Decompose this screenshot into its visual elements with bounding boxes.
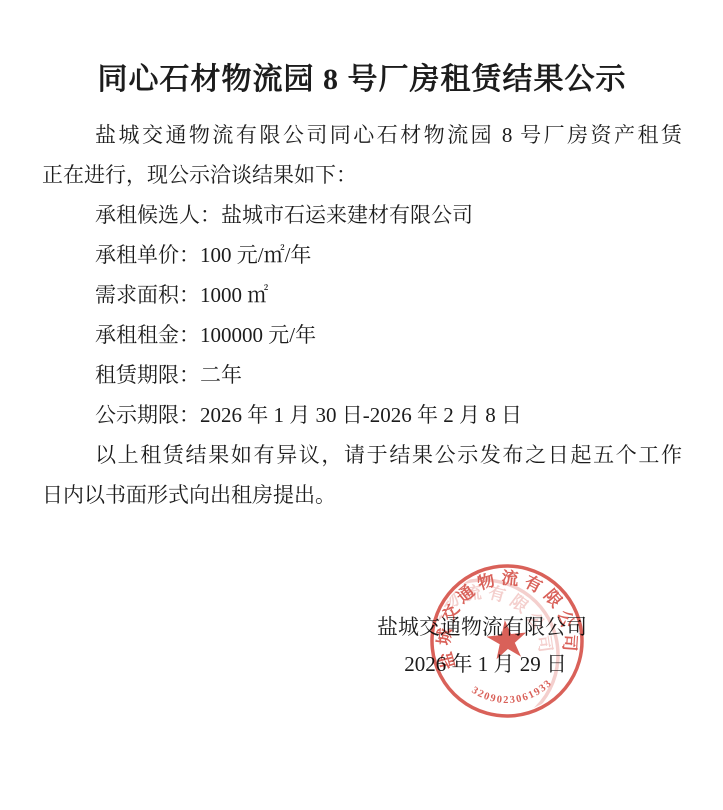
item-lease-term: 租赁期限：二年 (42, 355, 682, 395)
signature-company: 盐城交通物流有限公司 (42, 607, 682, 647)
closing-paragraph-line-1: 以上租赁结果如有异议，请于结果公示发布之日起五个工作 (42, 435, 682, 475)
intro-paragraph-line-2: 正在进行，现公示洽谈结果如下： (42, 155, 682, 195)
closing-paragraph-line-2: 日内以书面形式向出租房提出。 (42, 475, 682, 515)
item-unit-price: 承租单价：100 元/㎡/年 (42, 235, 682, 275)
item-annual-rent: 承租租金：100000 元/年 (42, 315, 682, 355)
notice-document: 同心石材物流园 8 号厂房租赁结果公示 盐城交通物流有限公司同心石材物流园 8 … (0, 0, 723, 810)
page-title: 同心石材物流园 8 号厂房租赁结果公示 (42, 60, 682, 100)
item-required-area: 需求面积：1000 ㎡ (42, 275, 682, 315)
signature-date: 2026 年 1 月 29 日 (42, 647, 682, 682)
item-lessee-candidate: 承租候选人：盐城市石运来建材有限公司 (42, 195, 682, 235)
item-publicity-period: 公示期限：2026 年 1 月 30 日-2026 年 2 月 8 日 (42, 395, 682, 435)
intro-paragraph-line-1: 盐城交通物流有限公司同心石材物流园 8 号厂房资产租赁 (42, 115, 682, 155)
